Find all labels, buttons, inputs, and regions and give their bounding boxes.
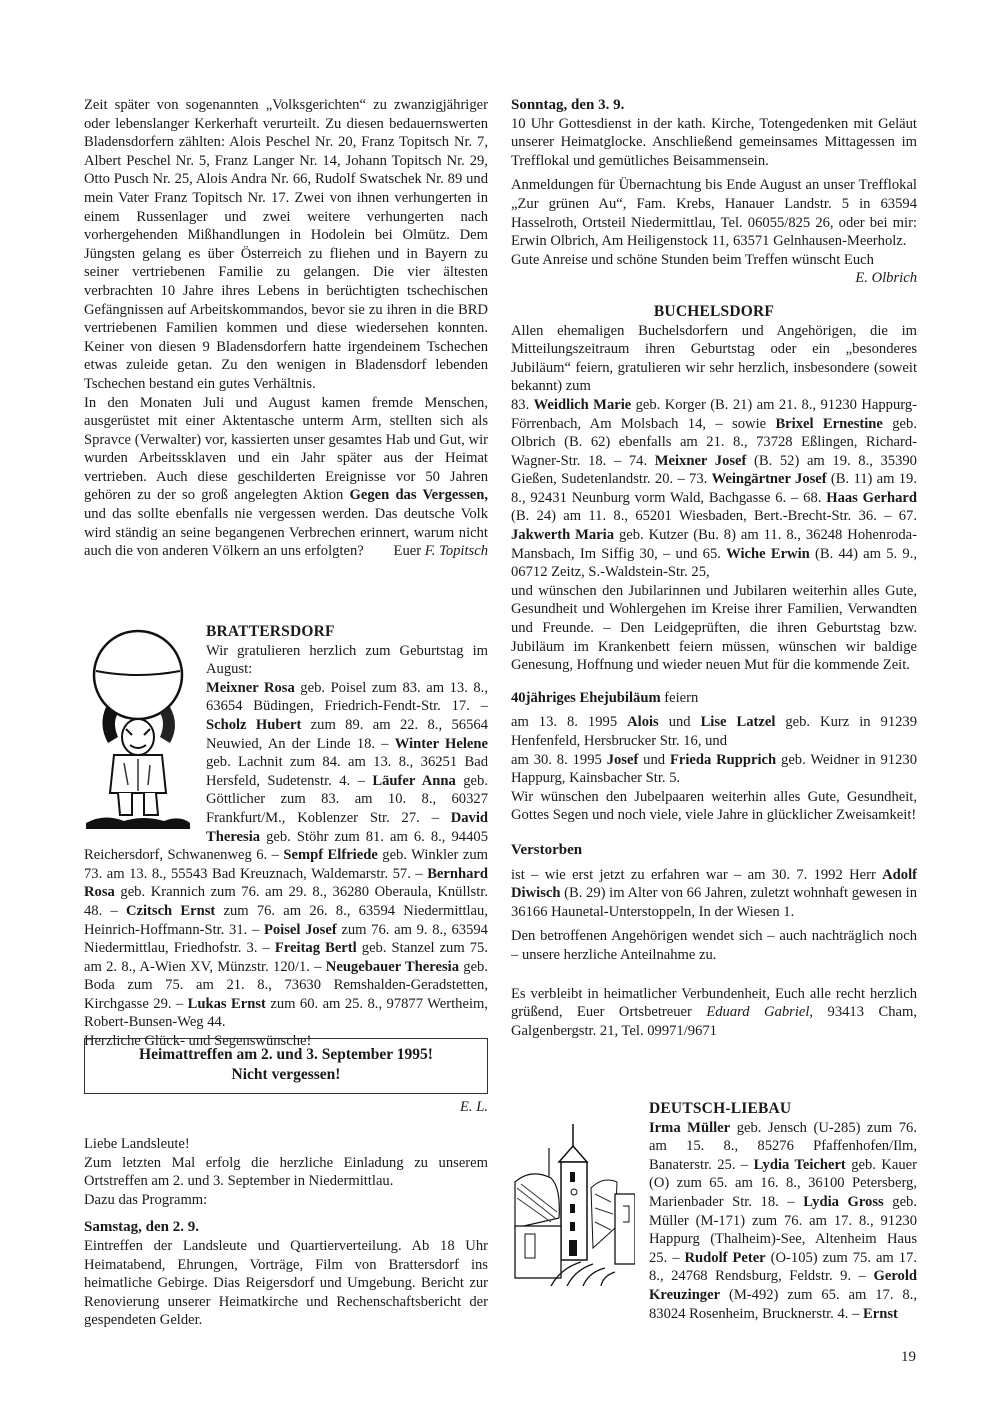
invitation-section: Liebe Landsleute! Zum letzten Mal erfolg… — [84, 1135, 488, 1330]
initials: E. L. — [84, 1098, 488, 1117]
buchelsdorf-entries: 83. Weidlich Marie geb. Korger (B. 21) a… — [511, 396, 917, 582]
page-number: 19 — [901, 1349, 916, 1366]
birthday-name: Irma Müller — [649, 1120, 730, 1136]
invitation-greeting: Liebe Landsleute! — [84, 1135, 488, 1154]
church-street-illustration — [511, 1118, 635, 1306]
closing-text: Es verbleibt in heimatlicher Verbundenhe… — [511, 985, 917, 1041]
birthday-name: Lydia Teichert — [754, 1157, 846, 1173]
birthday-name: Sempf Elfriede — [283, 847, 377, 863]
birthday-name: Poisel Josef — [264, 922, 337, 938]
buchelsdorf-title: BUCHELSDORF — [511, 303, 917, 322]
atlas-figure-illustration — [84, 625, 192, 831]
birthday-name: Weidlich Marie — [534, 397, 632, 413]
birthday-name: Czitsch Ernst — [126, 903, 215, 919]
buchelsdorf-wishes: und wünschen den Jubilarinnen und Jubila… — [511, 582, 917, 675]
sunday-text: 10 Uhr Gottesdienst in der kath. Kirche,… — [511, 115, 917, 171]
program-label: Dazu das Programm: — [84, 1191, 488, 1210]
anniversary-couple-1: am 13. 8. 1995 Alois und Lise Latzel geb… — [511, 713, 917, 750]
sunday-heading: Sonntag, den 3. 9. — [511, 96, 917, 115]
notice-line-2: Nicht vergessen! — [93, 1065, 479, 1085]
deceased-text: ist – wie erst jetzt zu erfahren war – a… — [511, 866, 917, 922]
deceased-heading: Verstorben — [511, 841, 917, 860]
birthday-name: Scholz Hubert — [206, 717, 301, 733]
birthday-name: Läufer Anna — [372, 773, 455, 789]
notice-line-1: Heimattreffen am 2. und 3. September 199… — [93, 1045, 479, 1065]
caretaker-name: Eduard Gabriel, — [706, 1004, 813, 1020]
left-column: Zeit später von sogenannten „Volksgerich… — [84, 96, 488, 561]
birthday-name: Brixel Ernestine — [775, 416, 882, 432]
birthday-name: Meixner Rosa — [206, 680, 295, 696]
birthday-name: Neugebauer Theresia — [326, 959, 459, 975]
birthday-name: Wiche Erwin — [726, 546, 810, 562]
birthday-name: Winter Helene — [395, 736, 488, 752]
farewell-signature: E. Olbrich — [511, 269, 917, 288]
deutsch-liebau-title: DEUTSCH-LIEBAU — [511, 1100, 917, 1119]
church-icon — [511, 1118, 635, 1288]
birthday-name: Freitag Bertl — [275, 940, 357, 956]
birthday-name: Lydia Gross — [803, 1194, 883, 1210]
anniversary-wishes: Wir wünschen den Jubelpaaren weiterhin a… — [511, 788, 917, 825]
condolence-text: Den betroffenen Angehörigen wendet sich … — [511, 927, 917, 964]
farewell-text: Gute Anreise und schöne Stunden beim Tre… — [511, 251, 917, 270]
saturday-text: Eintreffen der Landsleute und Quartierve… — [84, 1237, 488, 1330]
second-paragraph: In den Monaten Juli und August kamen fre… — [84, 394, 488, 561]
brattersdorf-section: BRATTERSDORF Wir gratulieren herzlich zu… — [84, 623, 488, 1051]
right-column: Sonntag, den 3. 9. 10 Uhr Gottesdienst i… — [511, 96, 917, 1040]
birthday-name: Ernst — [863, 1306, 898, 1322]
anniversary-heading: 40jähriges Ehejubiläum feiern — [511, 689, 917, 708]
campaign-name: Gegen das Vergessen, — [350, 487, 489, 503]
birthday-name: Jakwerth Maria — [511, 527, 614, 543]
birthday-name: Rudolf Peter — [685, 1250, 766, 1266]
saturday-heading: Samstag, den 2. 9. — [84, 1218, 488, 1237]
anniversary-couple-2: am 30. 8. 1995 Josef und Frieda Rupprich… — [511, 751, 917, 788]
atlas-figure-icon — [84, 625, 192, 831]
birthday-name: Lukas Ernst — [188, 996, 266, 1012]
birthday-name: Haas Gerhard — [826, 490, 917, 506]
deutsch-liebau-section: DEUTSCH-LIEBAU Irma Müller geb. Jensch (… — [511, 1100, 917, 1323]
registration-text: Anmeldungen für Übernachtung bis Ende Au… — [511, 176, 917, 250]
buchelsdorf-intro: Allen ehemaligen Buchelsdorfern und Ange… — [511, 322, 917, 396]
invitation-text: Zum letzten Mal erfolg die herzliche Ein… — [84, 1154, 488, 1191]
birthday-name: Meixner Josef — [655, 453, 747, 469]
birthday-name: Weingärtner Josef — [712, 471, 827, 487]
intro-paragraph: Zeit später von sogenannten „Volksgerich… — [84, 96, 488, 394]
meeting-notice-box: Heimattreffen am 2. und 3. September 199… — [84, 1038, 488, 1094]
